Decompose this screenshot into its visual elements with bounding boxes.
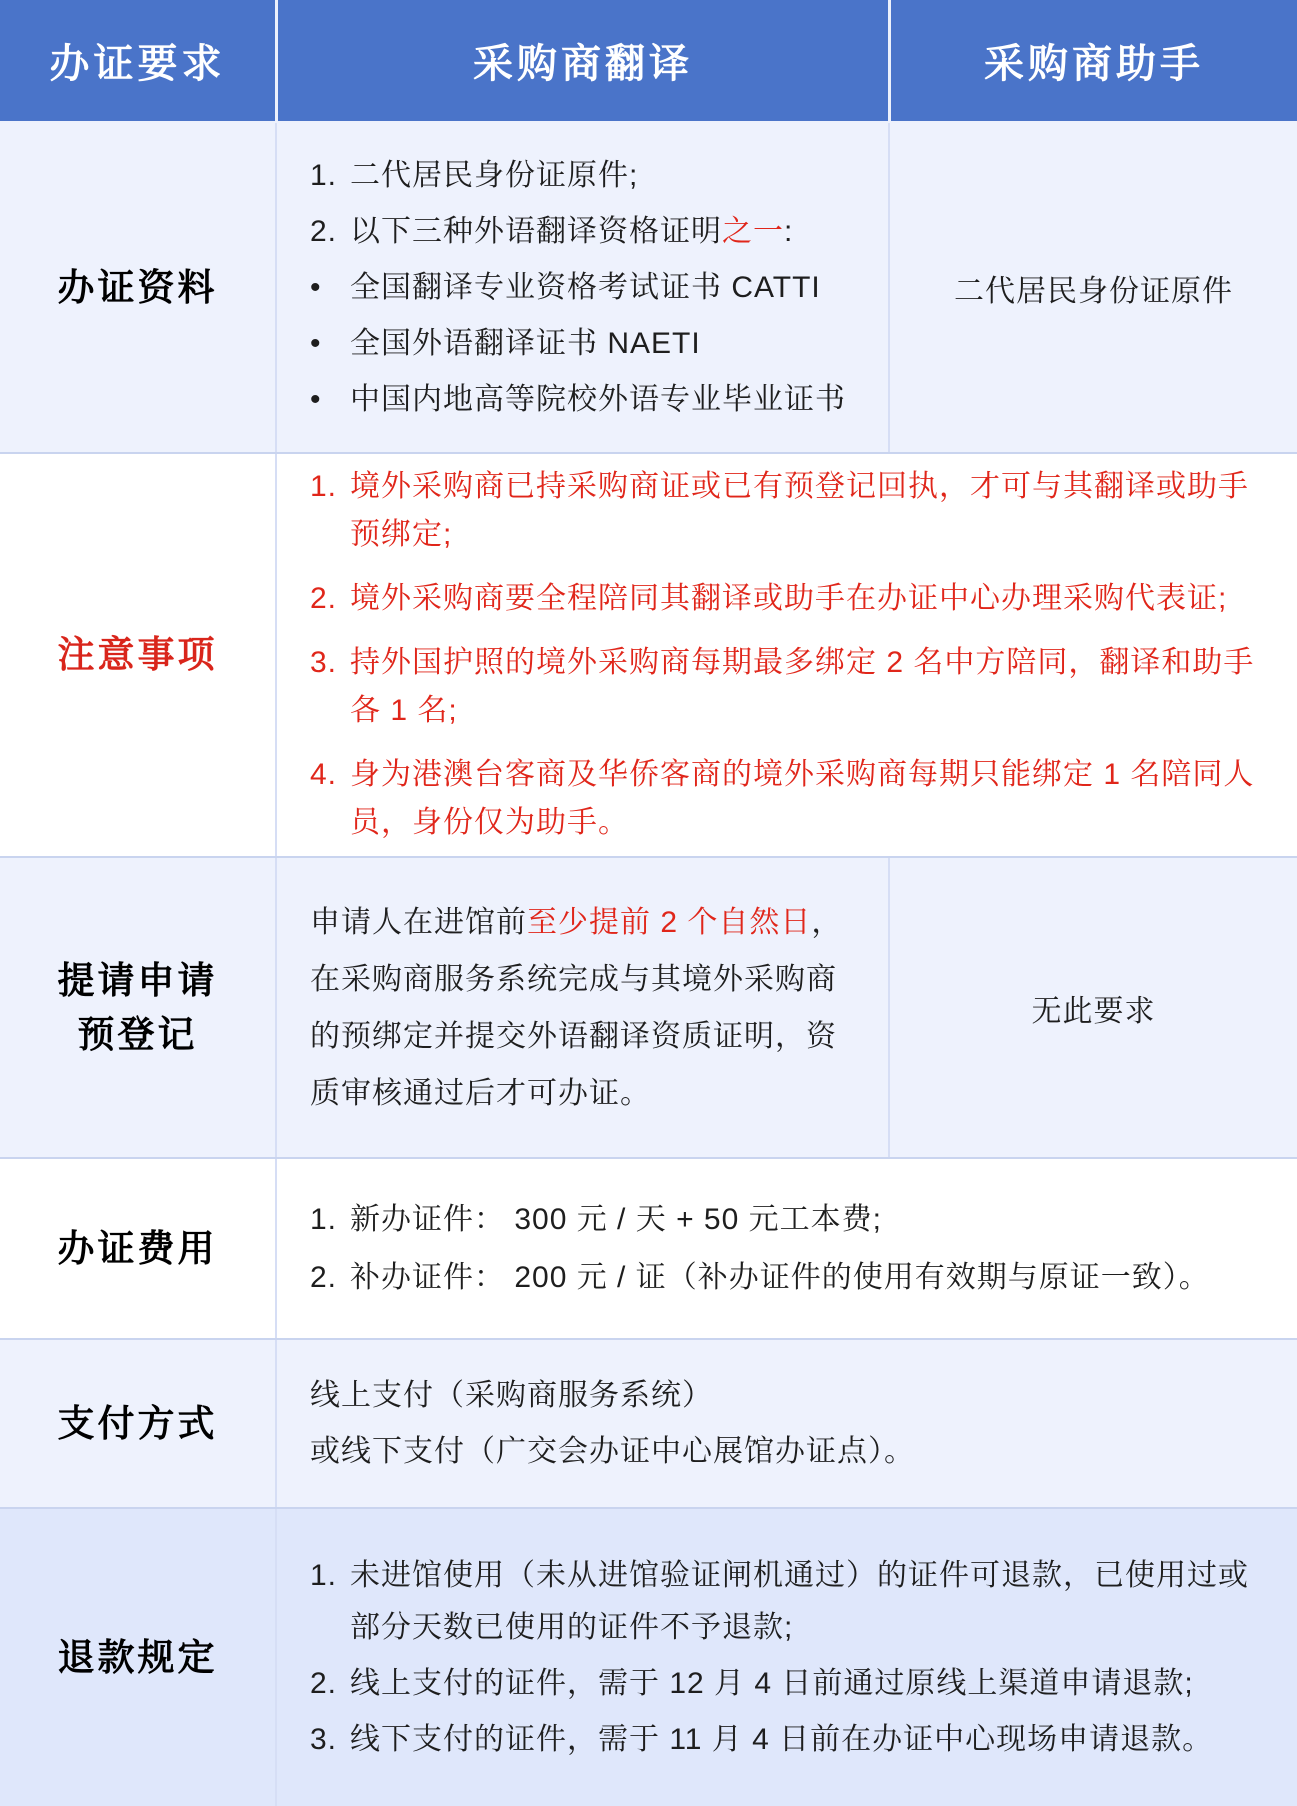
- row-preregistration: 提请申请 预登记申请人在进馆前至少提前 2 个自然日，在采购商服务系统完成与其境…: [0, 856, 1297, 1157]
- text-segment: 补办证件： 200 元 / 证（补办证件的使用有效期与原证一致）。: [350, 1261, 1210, 1294]
- text-segment: 线上支付的证件，需于 12 月 4 日前通过原线上渠道申请退款;: [350, 1667, 1194, 1700]
- row-side-cell: 二代居民身份证原件: [888, 123, 1297, 452]
- item-text: 持外国护照的境外采购商每期最多绑定 2 名中方陪同，翻译和助手各 1 名;: [350, 639, 1257, 735]
- number-marker: 4.: [310, 751, 350, 847]
- row-side-cell: 无此要求: [888, 858, 1297, 1157]
- item-text: 境外采购商要全程陪同其翻译或助手在办证中心办理采购代表证;: [350, 575, 1257, 623]
- list-item: 4.身为港澳台客商及华侨客商的境外采购商每期只能绑定 1 名陪同人员，身份仅为助…: [310, 751, 1257, 847]
- text-segment: 中国内地高等院校外语专业毕业证书: [350, 383, 846, 416]
- requirements-table: 办证要求 采购商翻译 采购商助手 办证资料1.二代居民身份证原件;2.以下三种外…: [0, 0, 1297, 1806]
- item-text: 线下支付的证件，需于 11 月 4 日前在办证中心现场申请退款。: [350, 1714, 1257, 1766]
- row-main-cell: 1.二代居民身份证原件;2.以下三种外语翻译资格证明之一:•全国翻译专业资格考试…: [275, 123, 888, 452]
- number-marker: 2.: [310, 1259, 350, 1297]
- list-item: 2.以下三种外语翻译资格证明之一:: [310, 213, 848, 251]
- list-item: 1.境外采购商已持采购商证或已有预登记回执，才可与其翻译或助手预绑定;: [310, 463, 1257, 559]
- row-label: 支付方式: [0, 1340, 275, 1507]
- row-label: 提请申请 预登记: [0, 858, 275, 1157]
- row-notes: 注意事项1.境外采购商已持采购商证或已有预登记回执，才可与其翻译或助手预绑定;2…: [0, 452, 1297, 856]
- row-label: 注意事项: [0, 454, 275, 856]
- number-marker: 1.: [310, 1550, 350, 1654]
- number-marker: 1.: [310, 463, 350, 559]
- list-item: 2.境外采购商要全程陪同其翻译或助手在办证中心办理采购代表证;: [310, 575, 1257, 623]
- list-item: 2.补办证件： 200 元 / 证（补办证件的使用有效期与原证一致）。: [310, 1259, 1257, 1297]
- item-text: 全国外语翻译证书 NAETI: [350, 325, 848, 363]
- paragraph-line: 或线下支付（广交会办证中心展馆办证点）。: [310, 1433, 1257, 1471]
- text-segment: 持外国护照的境外采购商每期最多绑定 2 名中方陪同，翻译和助手各 1 名;: [350, 646, 1254, 727]
- text-segment: 境外采购商已持采购商证或已有预登记回执，才可与其翻译或助手预绑定;: [350, 470, 1249, 551]
- row-materials: 办证资料1.二代居民身份证原件;2.以下三种外语翻译资格证明之一:•全国翻译专业…: [0, 123, 1297, 452]
- row-main-cell: 线上支付（采购商服务系统）或线下支付（广交会办证中心展馆办证点）。: [275, 1340, 1297, 1507]
- item-text: 全国翻译专业资格考试证书 CATTI: [350, 269, 848, 307]
- paragraph-text: 申请人在进馆前至少提前 2 个自然日，在采购商服务系统完成与其境外采购商的预绑定…: [310, 894, 848, 1122]
- list-item: 1.新办证件： 300 元 / 天 + 50 元工本费;: [310, 1201, 1257, 1239]
- header-cell-assistant: 采购商助手: [888, 0, 1297, 121]
- item-text: 境外采购商已持采购商证或已有预登记回执，才可与其翻译或助手预绑定;: [350, 463, 1257, 559]
- paragraph-line: 线上支付（采购商服务系统）: [310, 1377, 1257, 1415]
- text-segment: :: [784, 215, 793, 248]
- row-refund: 退款规定1.未进馆使用（未从进馆验证闸机通过）的证件可退款，已使用过或部分天数已…: [0, 1507, 1297, 1806]
- list-item: •全国外语翻译证书 NAETI: [310, 325, 848, 363]
- list-item: 1.未进馆使用（未从进馆验证闸机通过）的证件可退款，已使用过或部分天数已使用的证…: [310, 1550, 1257, 1654]
- row-label: 办证费用: [0, 1159, 275, 1338]
- text-segment: 未进馆使用（未从进馆验证闸机通过）的证件可退款，已使用过或部分天数已使用的证件不…: [350, 1559, 1249, 1644]
- list-item: 3.持外国护照的境外采购商每期最多绑定 2 名中方陪同，翻译和助手各 1 名;: [310, 639, 1257, 735]
- bullet-marker: •: [310, 381, 350, 419]
- text-segment: 身为港澳台客商及华侨客商的境外采购商每期只能绑定 1 名陪同人员，身份仅为助手。: [350, 758, 1254, 839]
- item-text: 未进馆使用（未从进馆验证闸机通过）的证件可退款，已使用过或部分天数已使用的证件不…: [350, 1550, 1257, 1654]
- item-text: 线上支付的证件，需于 12 月 4 日前通过原线上渠道申请退款;: [350, 1658, 1257, 1710]
- item-text: 新办证件： 300 元 / 天 + 50 元工本费;: [350, 1201, 1257, 1239]
- row-label: 办证资料: [0, 123, 275, 452]
- text-segment: 二代居民身份证原件;: [350, 159, 638, 192]
- text-segment: 全国翻译专业资格考试证书 CATTI: [350, 271, 821, 304]
- row-main-cell: 1.未进馆使用（未从进馆验证闸机通过）的证件可退款，已使用过或部分天数已使用的证…: [275, 1509, 1297, 1806]
- list-item: •全国翻译专业资格考试证书 CATTI: [310, 269, 848, 307]
- bullet-marker: •: [310, 325, 350, 363]
- text-segment: 新办证件： 300 元 / 天 + 50 元工本费;: [350, 1203, 882, 1236]
- header-cell-requirement: 办证要求: [0, 0, 275, 121]
- item-text: 中国内地高等院校外语专业毕业证书: [350, 381, 848, 419]
- number-marker: 2.: [310, 213, 350, 251]
- row-main-cell: 1.境外采购商已持采购商证或已有预登记回执，才可与其翻译或助手预绑定;2.境外采…: [275, 454, 1297, 856]
- row-label: 退款规定: [0, 1509, 275, 1806]
- list-item: 2.线上支付的证件，需于 12 月 4 日前通过原线上渠道申请退款;: [310, 1658, 1257, 1710]
- list-item: •中国内地高等院校外语专业毕业证书: [310, 381, 848, 419]
- highlighted-text: 之一: [722, 215, 784, 248]
- text-segment: 全国外语翻译证书 NAETI: [350, 327, 701, 360]
- text-segment: 线下支付的证件，需于 11 月 4 日前在办证中心现场申请退款。: [350, 1723, 1213, 1756]
- list-item: 1.二代居民身份证原件;: [310, 157, 848, 195]
- bullet-marker: •: [310, 269, 350, 307]
- highlighted-text: 至少提前 2 个自然日: [527, 906, 811, 939]
- row-main-cell: 1.新办证件： 300 元 / 天 + 50 元工本费;2.补办证件： 200 …: [275, 1159, 1297, 1338]
- header-cell-translator: 采购商翻译: [275, 0, 888, 121]
- row-main-cell: 申请人在进馆前至少提前 2 个自然日，在采购商服务系统完成与其境外采购商的预绑定…: [275, 858, 888, 1157]
- item-text: 补办证件： 200 元 / 证（补办证件的使用有效期与原证一致）。: [350, 1259, 1257, 1297]
- row-fees: 办证费用1.新办证件： 300 元 / 天 + 50 元工本费;2.补办证件： …: [0, 1157, 1297, 1338]
- number-marker: 2.: [310, 575, 350, 623]
- list-item: 3.线下支付的证件，需于 11 月 4 日前在办证中心现场申请退款。: [310, 1714, 1257, 1766]
- number-marker: 3.: [310, 1714, 350, 1766]
- number-marker: 3.: [310, 639, 350, 735]
- item-text: 二代居民身份证原件;: [350, 157, 848, 195]
- number-marker: 1.: [310, 157, 350, 195]
- text-segment: 境外采购商要全程陪同其翻译或助手在办证中心办理采购代表证;: [350, 582, 1227, 615]
- number-marker: 1.: [310, 1201, 350, 1239]
- text-segment: 以下三种外语翻译资格证明: [350, 215, 722, 248]
- text-segment: 申请人在进馆前: [310, 906, 527, 939]
- row-payment: 支付方式线上支付（采购商服务系统）或线下支付（广交会办证中心展馆办证点）。: [0, 1338, 1297, 1507]
- item-text: 身为港澳台客商及华侨客商的境外采购商每期只能绑定 1 名陪同人员，身份仅为助手。: [350, 751, 1257, 847]
- number-marker: 2.: [310, 1658, 350, 1710]
- table-header-row: 办证要求 采购商翻译 采购商助手: [0, 0, 1297, 123]
- item-text: 以下三种外语翻译资格证明之一:: [350, 213, 848, 251]
